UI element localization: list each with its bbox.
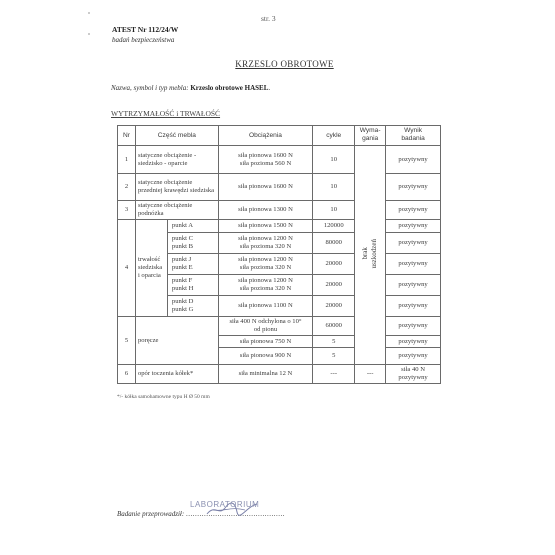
cell-cycles: 20000 (313, 254, 355, 275)
cell-nr: 1 (118, 146, 136, 174)
cell-nr: 4 (118, 220, 136, 317)
table-row: 4trwałośćsiedziskai oparciapunkt Asiła p… (118, 220, 441, 233)
cell-cycles: 5 (313, 336, 355, 348)
cell-cycles: 10 (313, 146, 355, 174)
cell-point: punkt Dpunkt G (167, 296, 218, 317)
cell-load: siła 400 N odchylona o 10°od pionu (218, 317, 313, 336)
table-row: 5poręczesiła 400 N odchylona o 10°od pio… (118, 317, 441, 336)
cell-result: pozytywny (386, 146, 441, 174)
cell-result: pozytywny (386, 254, 441, 275)
cell-requirements-merged: brakuszkodzeń (355, 146, 386, 365)
product-name: Krzeslo obrotowe HASEL (190, 84, 268, 92)
cell-nr: 5 (118, 317, 136, 365)
cell-part: statyczne obciążenie podnóżka (135, 201, 218, 220)
table-row: 1statyczne obciążenie - siedzisko - opar… (118, 146, 441, 174)
cell-nr: 6 (118, 365, 136, 384)
cell-point: punkt Cpunkt B (167, 233, 218, 254)
page-number: str. 3 (261, 14, 276, 23)
cell-result: pozytywny (386, 317, 441, 336)
cell-cycles: 20000 (313, 275, 355, 296)
section-title: WYTRZYMAŁOŚĆ i TRWAŁOŚĆ (111, 109, 220, 118)
cell-part: opór toczenia kółek* (135, 365, 218, 384)
cell-load: siła minimalna 12 N (218, 365, 313, 384)
footnote: */- kółka samohamowne typu H Ø 50 mm (117, 394, 210, 400)
cell-load: siła pionowa 1200 Nsiła pozioma 320 N (218, 275, 313, 296)
cell-point: punkt Jpunkt E (167, 254, 218, 275)
cell-result: pozytywny (386, 296, 441, 317)
cell-result: pozytywny (386, 233, 441, 254)
table-row: 2statyczne obciążenie przedniej krawędzi… (118, 174, 441, 201)
cell-cycles: 80000 (313, 233, 355, 254)
cell-result: siła 40 Npozytywny (386, 365, 441, 384)
cell-nr: 2 (118, 174, 136, 201)
document-title: KRZESLO OBROTOWE (0, 59, 555, 69)
cell-result: pozytywny (386, 174, 441, 201)
scan-speck (88, 12, 90, 14)
cell-cycles: 10 (313, 201, 355, 220)
cell-load: siła pionowa 750 N (218, 336, 313, 348)
cell-load: siła pionowa 1600 N (218, 174, 313, 201)
cell-point: punkt A (167, 220, 218, 233)
table-row: 6opór toczenia kółek*siła minimalna 12 N… (118, 365, 441, 384)
header-cycles: cykle (313, 126, 355, 146)
header-part: Część mebla (135, 126, 218, 146)
table-row: 3statyczne obciążenie podnóżkasiła piono… (118, 201, 441, 220)
header-requirements: Wyma-gania (355, 126, 386, 146)
cell-cycles: 5 (313, 348, 355, 365)
cell-load: siła pionowa 1200 Nsiła pozioma 320 N (218, 233, 313, 254)
cell-point: punkt Fpunkt H (167, 275, 218, 296)
cell-part: statyczne obciążenie przedniej krawędzi … (135, 174, 218, 201)
signature-label: Badanie przeprowadził: (117, 510, 184, 518)
cell-cycles: 10 (313, 174, 355, 201)
cell-cycles: --- (313, 365, 355, 384)
atest-subtitle: badań bezpieczeństwa (112, 36, 174, 44)
cell-result: pozytywny (386, 201, 441, 220)
cell-load: siła pionowa 1100 N (218, 296, 313, 317)
cell-load: siła pionowa 1300 N (218, 201, 313, 220)
cell-load: siła pionowa 1200 Nsiła pozioma 320 N (218, 254, 313, 275)
cell-load: siła pionowa 900 N (218, 348, 313, 365)
cell-result: pozytywny (386, 336, 441, 348)
cell-result: pozytywny (386, 220, 441, 233)
requirements-text: brakuszkodzeń (361, 239, 379, 269)
cell-result: pozytywny (386, 348, 441, 365)
cell-nr: 3 (118, 201, 136, 220)
table-header-row: Nr Część mebla Obciążenia cykle Wyma-gan… (118, 126, 441, 146)
product-label: Nazwa, symbol i typ mebla: (111, 84, 189, 92)
cell-part: poręcze (135, 317, 218, 365)
cell-load: siła pionowa 1600 Nsiła pozioma 560 N (218, 146, 313, 174)
cell-cycles: 60000 (313, 317, 355, 336)
cell-cycles: 20000 (313, 296, 355, 317)
cell-part: statyczne obciążenie - siedzisko - oparc… (135, 146, 218, 174)
header-load: Obciążenia (218, 126, 313, 146)
cell-load: siła pionowa 1500 N (218, 220, 313, 233)
scan-speck (88, 33, 90, 35)
header-result: Wynikbadania (386, 126, 441, 146)
cell-requirements: --- (355, 365, 386, 384)
cell-cycles: 120000 (313, 220, 355, 233)
product-line: Nazwa, symbol i typ mebla: Krzeslo obrot… (111, 84, 270, 92)
cell-result: pozytywny (386, 275, 441, 296)
atest-number: ATEST Nr 112/24/W (112, 25, 178, 34)
cell-part: trwałośćsiedziskai oparcia (135, 220, 167, 317)
header-nr: Nr (118, 126, 136, 146)
results-table: Nr Część mebla Obciążenia cykle Wyma-gan… (117, 125, 441, 384)
signature-icon (205, 500, 260, 518)
